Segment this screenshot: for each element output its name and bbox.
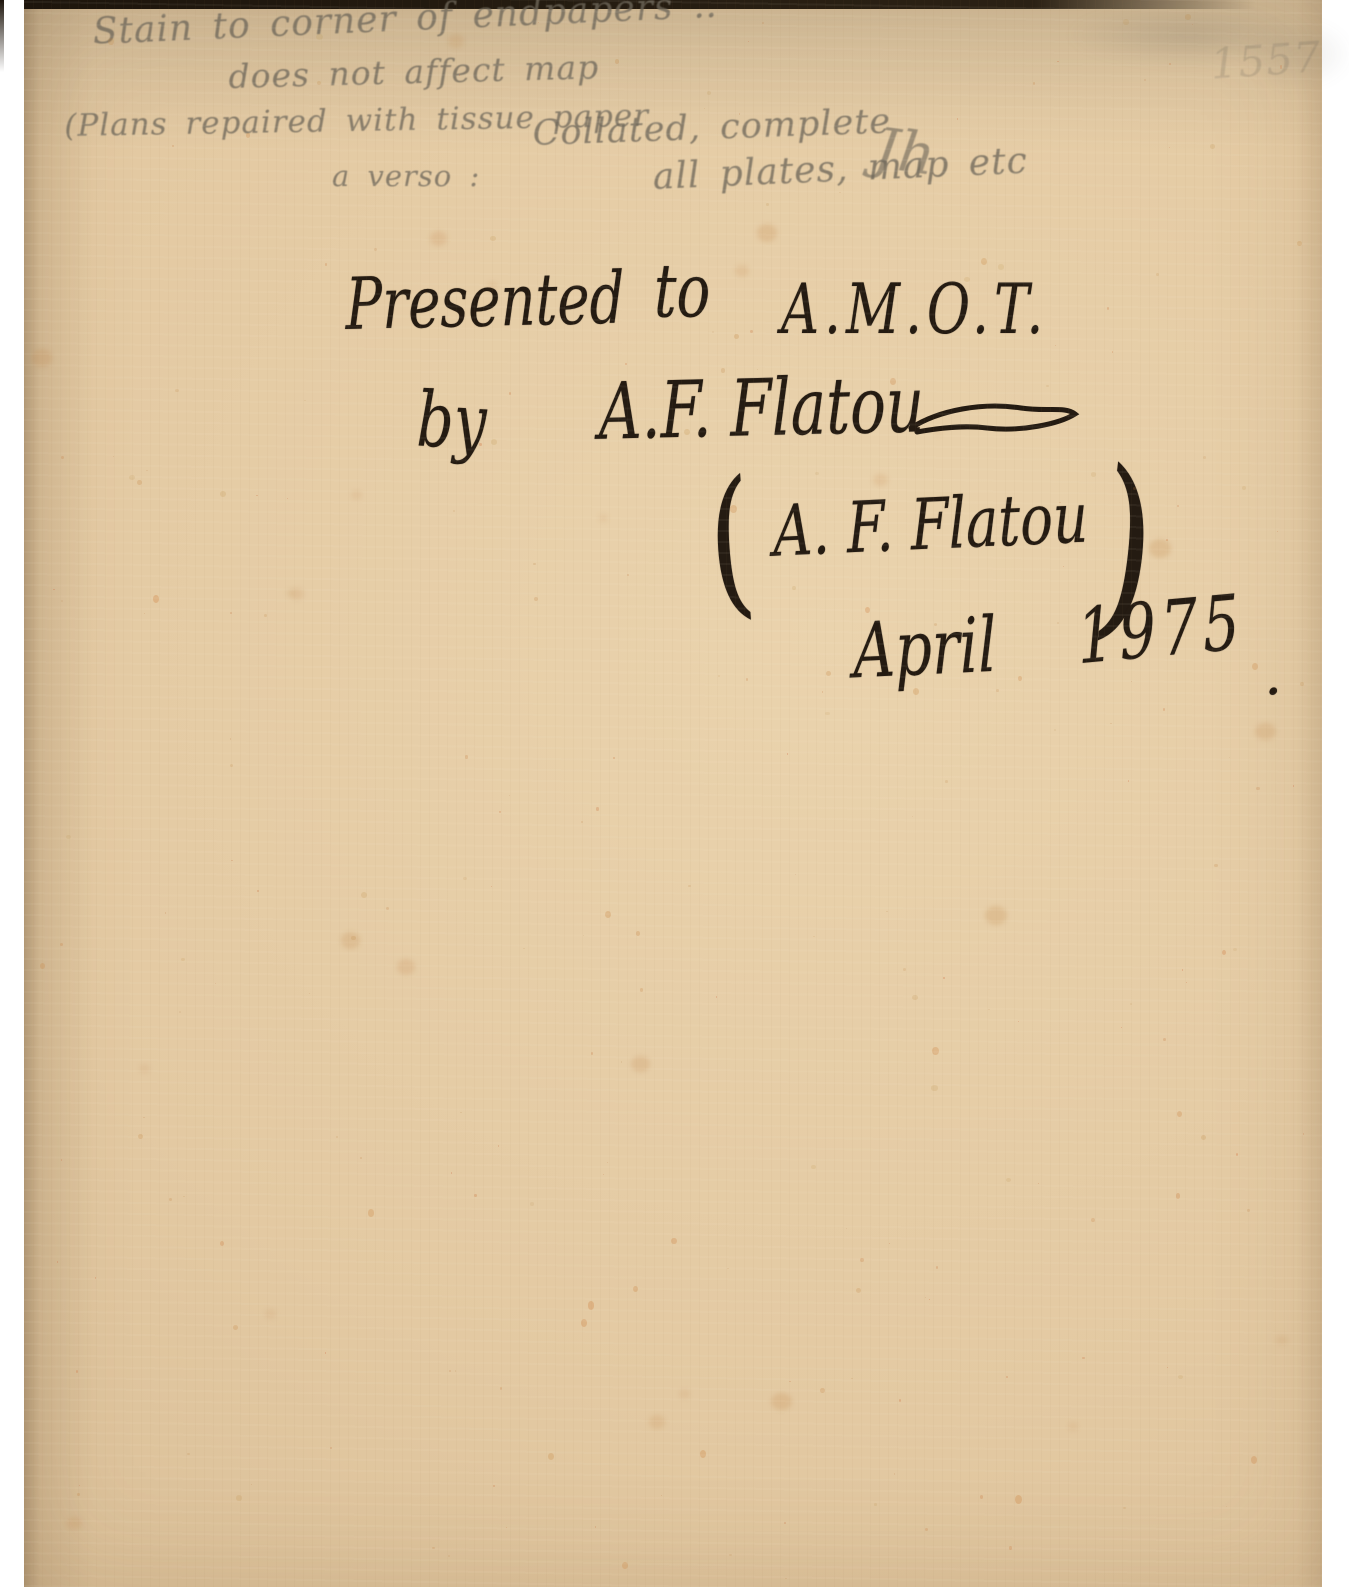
foxing-spot [1018,1021,1019,1023]
foxing-spot [455,1370,457,1371]
foxing-spot [1233,948,1237,951]
foxing-spot [66,835,71,839]
foxing-spot [826,671,831,676]
foxing-spot [448,1555,450,1557]
foxing-spot [386,907,389,910]
foxing-spot [509,392,511,395]
foxing-spot [61,1159,63,1161]
foxing-spot [622,1562,628,1569]
foxing-spot [811,1165,816,1169]
foxing-spot [727,1268,729,1270]
foxing-spot [465,755,469,759]
signature-name: A. F. Flatou [772,478,1089,574]
foxing-spot [325,263,328,266]
foxing-spot [1303,1133,1305,1135]
foxing-spot [1226,1506,1227,1507]
foxing-spot [1214,864,1218,868]
foxing-spot [581,821,583,823]
foxing-spot [957,118,959,120]
foxing-spot [1252,663,1258,670]
foxing-spot [688,885,691,887]
foxing-spot [1169,147,1170,148]
foxing-spot [523,948,525,950]
foxing-spot [700,1450,707,1458]
foxing-blotch [599,514,609,522]
foxing-spot [1128,780,1129,782]
foxing-spot [874,1503,878,1506]
foxing-spot [179,1011,181,1013]
foxing-spot [605,911,611,918]
foxing-spots [24,0,1322,1587]
foxing-spot [231,860,232,861]
foxing-spot [1009,1546,1013,1550]
foxing-spot [627,574,630,577]
foxing-blotch [679,1389,690,1399]
foxing-spot [175,389,178,392]
foxing-spot [813,936,815,938]
foxing-blotch [265,1309,276,1319]
foxing-spot [748,41,749,43]
pencil-note-condition-2: does not affect map [228,47,600,96]
foxing-spot [230,738,232,740]
foxing-spot [336,1136,338,1138]
foxing-spot [451,1172,452,1174]
foxing-spot [1144,79,1146,81]
pencil-note-repair-2: a verso : [332,159,480,193]
foxing-spot [1177,505,1179,507]
foxing-spot [1018,676,1023,682]
foxing-spot [463,877,467,880]
foxing-spot [789,1381,790,1382]
foxing-spot [931,1085,937,1091]
ink-donor-name: A.F. Flatou [598,359,925,458]
foxing-spot [588,1301,595,1309]
foxing-spot [581,1319,587,1327]
foxing-blotch [351,490,362,500]
foxing-spot [912,816,913,817]
foxing-spot [498,1145,500,1147]
foxing-spot [1006,1178,1011,1182]
foxing-spot [1131,681,1132,683]
foxing-blotch [735,265,750,278]
foxing-spot [1293,785,1294,787]
foxing-spot [795,874,796,875]
gutter-edge-sliver [0,0,4,72]
foxing-spot [1015,1495,1022,1504]
foxing-blotch [430,231,448,246]
foxing-spot [509,795,510,796]
foxing-spot [374,248,377,251]
foxing-spot [287,498,288,499]
ink-date-year: 1975 [1075,579,1247,683]
foxing-spot [603,1174,604,1175]
foxing-spot [183,1196,185,1198]
foxing-spot [493,1485,495,1487]
foxing-spot [1121,1027,1122,1029]
foxing-spot [1166,539,1168,542]
foxing-spot [432,1547,435,1550]
foxing-spot [491,886,492,888]
foxing-spot [172,145,174,147]
foxing-spot [61,456,64,460]
foxing-spot [707,91,711,95]
foxing-spot [1201,1135,1207,1141]
foxing-spot [251,1484,253,1486]
foxing-spot [1107,307,1109,310]
foxing-spot [1091,472,1097,477]
foxing-spot [1176,1193,1180,1198]
foxing-spot [903,968,906,971]
foxing-spot [766,203,770,206]
foxing-spot [734,334,739,340]
foxing-spot [787,753,788,755]
foxing-spot [61,600,63,602]
foxing-spot [146,470,148,472]
foxing-spot [1123,19,1129,25]
foxing-spot [53,589,54,591]
foxing-blotch [873,474,888,486]
foxing-spot [716,996,717,998]
foxing-blotch [985,906,1007,925]
pencil-collator-initials: Jh [871,116,940,189]
photo-canvas: Stain to corner of endpapers ‥ does not … [0,0,1349,1587]
foxing-spot [815,472,819,476]
foxing-spot [1057,622,1059,624]
foxing-spot [1057,61,1059,63]
foxing-spot [1247,1209,1249,1211]
ink-recipient-amot: A.M.O.T. [781,268,1048,350]
foxing-spot [839,192,841,194]
foxing-spot [137,480,142,485]
foxing-spot [846,1228,847,1229]
foxing-blotch [771,1393,792,1411]
foxing-spot [1112,351,1114,353]
foxing-spot [548,1453,555,1460]
foxing-spot [750,330,753,333]
foxing-spot [325,1352,326,1354]
foxing-spot [534,597,538,601]
foxing-spot [820,1388,825,1394]
foxing-spot [595,1526,597,1528]
foxing-spot [143,1117,145,1119]
foxing-spot [718,675,720,677]
foxing-spot [1123,1507,1126,1509]
foxing-blotch [67,1517,82,1530]
foxing-spot [1256,787,1259,790]
foxing-spot [79,1485,80,1486]
foxing-blotch [1068,1422,1078,1430]
pencil-note-collation-2: all plates, map etc [652,141,1029,198]
foxing-spot [1046,385,1048,387]
foxing-blotch [397,959,415,974]
foxing-spot [144,613,146,615]
foxing-spot [490,236,496,242]
foxing-spot [138,1134,143,1139]
foxing-spot [1236,1153,1238,1156]
foxing-spot [1182,969,1183,971]
foxing-blotch [290,588,304,600]
foxing-spot [1167,1367,1168,1369]
foxing-blotch [631,1056,650,1072]
foxing-spot [762,22,764,24]
foxing-spot [215,983,216,984]
foxing-blotch [1276,1335,1288,1345]
foxing-spot [825,712,830,716]
foxing-spot [330,1447,331,1449]
foxing-spot [1186,982,1188,984]
ink-date-month: April [852,601,998,696]
foxing-spot [636,931,640,936]
foxing-blotch [649,1415,666,1429]
foxing-blotch [1255,723,1275,740]
foxing-spot [1177,1111,1182,1117]
foxing-spot [746,678,749,681]
foxing-spot [236,1495,243,1501]
signature-open-paren: ( [702,445,760,638]
foxing-spot [233,1325,238,1330]
foxing-spot [1163,1038,1165,1041]
foxing-spot [621,1061,623,1062]
foxing-spot [785,1578,787,1580]
foxing-spot [925,1297,926,1298]
foxing-spot [988,1009,989,1010]
foxing-spot [860,1258,864,1262]
foxing-spot [712,331,714,333]
foxing-spot [1055,345,1056,346]
foxing-spot [153,595,159,602]
foxing-spot [980,1495,983,1499]
ink-word-to: to [654,248,710,334]
foxing-spot [453,510,455,512]
foxing-spot [361,892,367,898]
foxing-spot [1210,144,1216,149]
foxing-spot [615,59,620,64]
foxing-spot [856,1288,861,1293]
foxing-spot [360,1157,362,1159]
foxing-spot [784,1522,785,1524]
foxing-spot [1038,1183,1039,1185]
foxing-spot [936,1266,939,1269]
foxing-spot [943,977,945,979]
foxing-spot [76,1370,79,1373]
foxing-blotch [139,1064,150,1073]
foxing-spot [1110,723,1112,725]
foxing-spot [1163,708,1165,711]
foxing-spot [596,807,599,810]
foxing-spot [230,764,233,767]
foxing-blotch [757,224,778,242]
foxing-spot [1033,82,1036,85]
foxing-spot [889,1243,890,1245]
foxing-spot [40,963,45,969]
foxing-spot [129,475,135,480]
foxing-spot [899,1399,901,1402]
foxing-spot [113,456,114,457]
foxing-spot [729,1554,732,1556]
foxing-spot [929,1299,930,1301]
foxing-spot [607,1162,608,1163]
foxing-spot [912,995,918,1000]
foxing-spot [351,936,356,940]
foxing-spot [1082,1357,1084,1360]
foxing-spot [181,958,185,961]
foxing-spot [822,691,824,693]
ink-word-presented: Presented [345,258,625,347]
foxing-spot [932,1047,939,1055]
foxing-spot [894,1473,895,1474]
foxing-spot [499,811,501,813]
foxing-spot [792,586,796,590]
foxing-spot [491,439,497,445]
foxing-spot [165,912,167,914]
foxing-spot [1178,1375,1183,1379]
foxing-spot [1156,273,1159,276]
foxing-spot [1185,14,1191,20]
foxing-spot [925,1528,928,1531]
foxing-spot [671,1238,677,1245]
foxing-spot [1300,682,1304,686]
foxing-spot [60,943,63,946]
foxing-spot [1222,950,1226,955]
foxing-spot [633,1286,638,1292]
foxing-spot [506,1527,508,1529]
foxing-spot [1251,1456,1257,1464]
foxing-spot [1203,456,1206,459]
foxing-spot [230,612,231,614]
foxing-spot [77,1493,80,1496]
foxing-spot [981,258,987,265]
pencil-corner-number: 1557 [1209,32,1323,89]
foxing-spot [1242,486,1246,490]
foxing-spot [368,1209,374,1216]
foxing-spot [591,1052,593,1055]
foxing-spot [1169,63,1171,65]
foxing-spot [304,400,306,402]
foxing-spot [474,1194,477,1198]
foxing-spot [613,757,615,759]
foxing-spot [851,1378,853,1380]
foxing-spot [1297,241,1302,246]
foxing-spot [187,1453,190,1456]
foxing-spot [1063,566,1064,567]
foxing-spot [57,1261,58,1263]
foxing-spot [1277,531,1278,533]
foxing-blotch [341,932,361,949]
foxing-spot [530,1202,534,1206]
foxing-spot [1229,757,1230,758]
foxing-spot [500,1387,503,1390]
foxing-spot [886,911,888,913]
foxing-spot [1091,1218,1095,1222]
foxing-spot [95,1277,97,1279]
foxing-spot [1054,729,1057,731]
foxing-spot [256,495,258,497]
foxing-spot [1130,1003,1133,1005]
foxing-blotch [286,589,295,597]
foxing-spot [1006,1376,1008,1378]
foxing-spot [583,935,584,936]
ink-word-by: by [416,376,488,468]
signature-flourish [909,398,1079,448]
foxing-spot [460,1112,462,1114]
foxing-spot [945,780,948,783]
foxing-spot [661,1495,662,1496]
endpaper-page: Stain to corner of endpapers ‥ does not … [24,0,1322,1587]
foxing-spot [309,993,310,994]
foxing-spot [220,1241,224,1246]
foxing-blotch [32,349,52,366]
foxing-spot [449,1370,451,1372]
foxing-spot [1192,24,1193,25]
foxing-spot [264,614,267,617]
foxing-spot [257,890,259,893]
foxing-spot [220,491,227,497]
foxing-spot [533,563,536,566]
ink-date-period: . [1264,640,1282,708]
foxing-spot [169,1198,172,1201]
foxing-spot [640,988,644,992]
pencil-note-condition-1: Stain to corner of endpapers ‥ [92,0,719,53]
